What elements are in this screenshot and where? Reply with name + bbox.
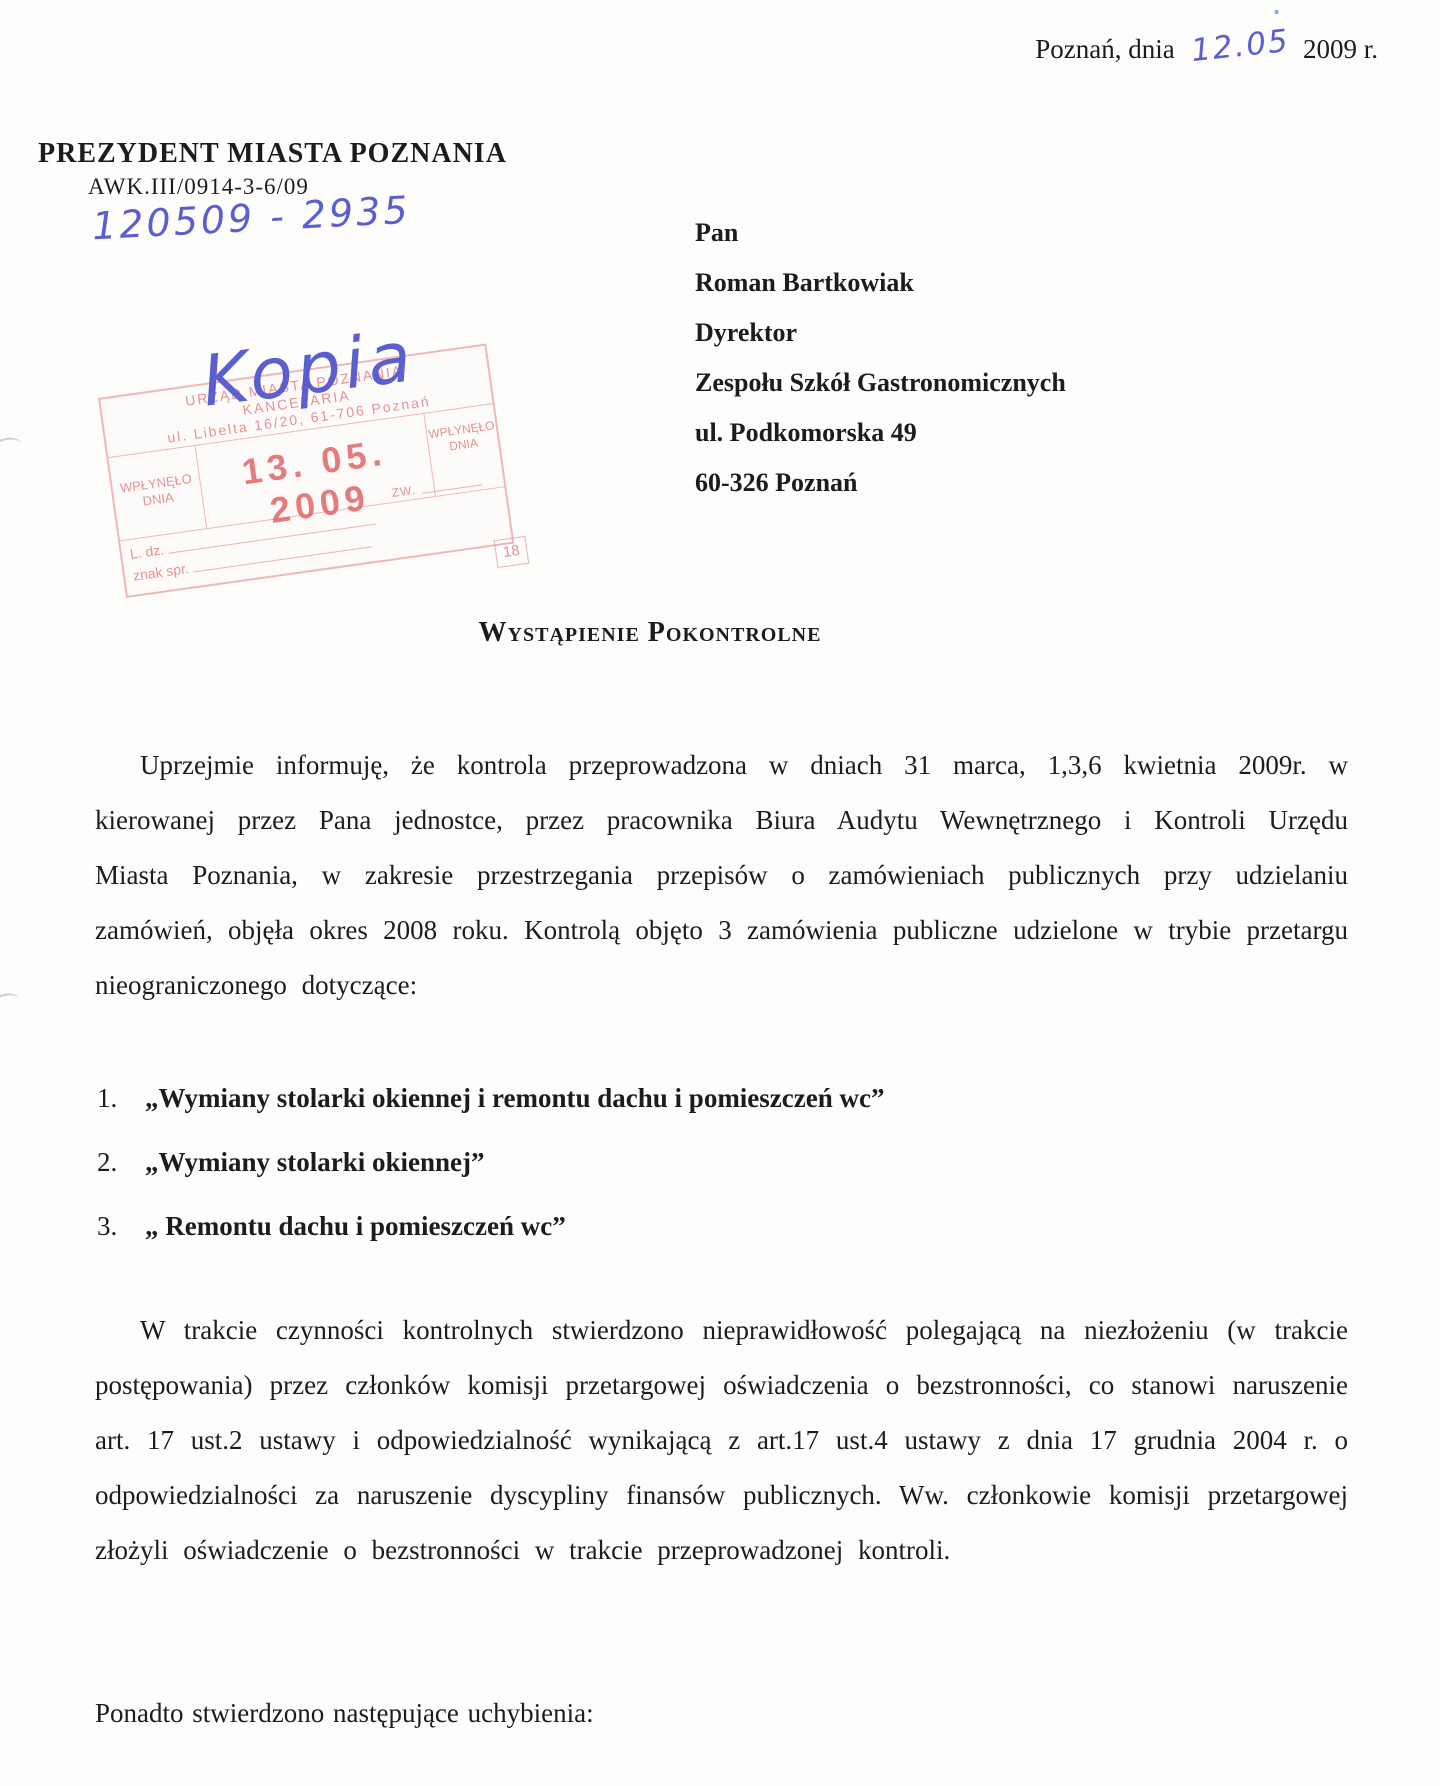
recipient-name: Roman Bartkowiak [695,258,1066,308]
list-item-text: „ Remontu dachu i pomieszczeń wc” [145,1202,566,1250]
recipient-role: Dyrektor [695,308,1066,358]
recipient-city: 60-326 Poznań [695,458,1066,508]
recipient-institution: Zespołu Szkół Gastronomicznych [695,358,1066,408]
handwritten-date: 12.05 [1190,23,1292,69]
stamp-znak-label: znak spr. [132,560,190,584]
list-item-number: 1. [97,1074,145,1122]
list-item-number: 2. [97,1138,145,1186]
list-item-text: „Wymiany stolarki okiennej i remontu dac… [145,1074,884,1122]
paragraph-intro: Uprzejmie informuję, że kontrola przepro… [95,738,1348,1013]
stamp-received-label-right: WPŁYNĘŁO DNIA [423,404,504,496]
list-item-text: „Wymiany stolarki okiennej” [145,1138,485,1186]
recipient-salutation: Pan [695,208,1066,258]
document-title: Wystąpienie Pokontrolne [0,617,1300,649]
dateline-place: Poznań, dnia [1035,34,1174,64]
sender-title: PREZYDENT MIASTA POZNANIA [38,138,507,170]
list-item-number: 3. [97,1202,145,1250]
scan-artifact [0,991,22,1016]
paragraph-findings: W trakcie czynności kontrolnych stwierdz… [95,1303,1348,1578]
scan-artifact [0,435,24,459]
dateline-year: 2009 r. [1303,34,1378,64]
recipient-block: Pan Roman Bartkowiak Dyrektor Zespołu Sz… [695,208,1066,508]
list-item: 2. „Wymiany stolarki okiennej” [97,1138,1197,1186]
stamp-received-label-left: WPŁYNĘŁO DNIA [108,446,207,540]
list-item: 3. „ Remontu dachu i pomieszczeń wc” [97,1202,1197,1250]
recipient-street: ul. Podkomorska 49 [695,408,1066,458]
contract-list: 1. „Wymiany stolarki okiennej i remontu … [97,1074,1197,1266]
stamp-ldz-label: L. dz. [129,541,165,562]
scanned-letter-page: { "document": { "dateline": { "place_pre… [0,0,1440,1786]
paragraph-closing: Ponadto stwierdzono następujące uchybien… [95,1686,1348,1741]
list-item: 1. „Wymiany stolarki okiennej i remontu … [97,1074,1197,1122]
dateline: Poznań, dnia 12.05 2009 r. [1035,30,1378,66]
stamp-corner-number: 18 [494,536,530,568]
